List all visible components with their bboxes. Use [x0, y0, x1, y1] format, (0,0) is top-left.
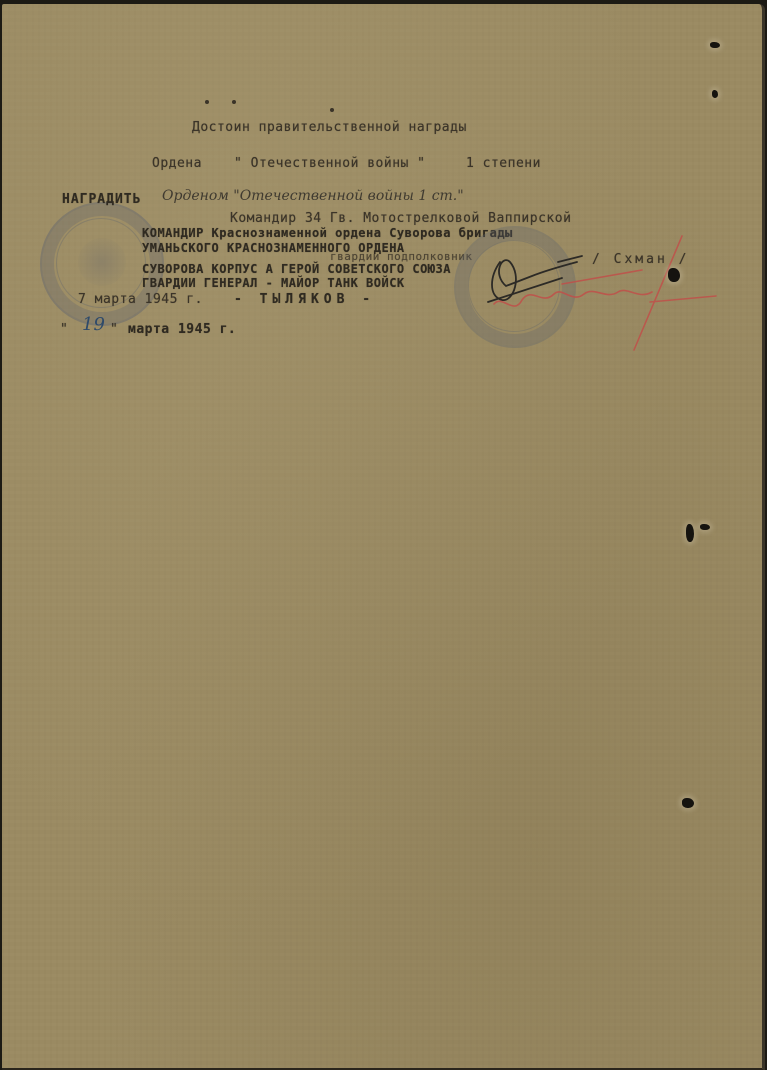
- ink-speck: [232, 100, 236, 104]
- red-pencil-signature: [494, 236, 716, 350]
- archival-document-page: Достоин правительственной награды Ордена…: [2, 4, 765, 1070]
- ink-speck: [330, 108, 334, 112]
- ink-speck: [205, 100, 209, 104]
- signatures-overlay: [2, 4, 767, 1070]
- punch-hole: [700, 524, 710, 530]
- paper-damage-mark: [712, 90, 718, 98]
- punch-hole: [686, 524, 694, 542]
- punch-hole: [668, 268, 680, 282]
- paper-damage-mark: [710, 42, 720, 48]
- punch-hole: [682, 798, 694, 808]
